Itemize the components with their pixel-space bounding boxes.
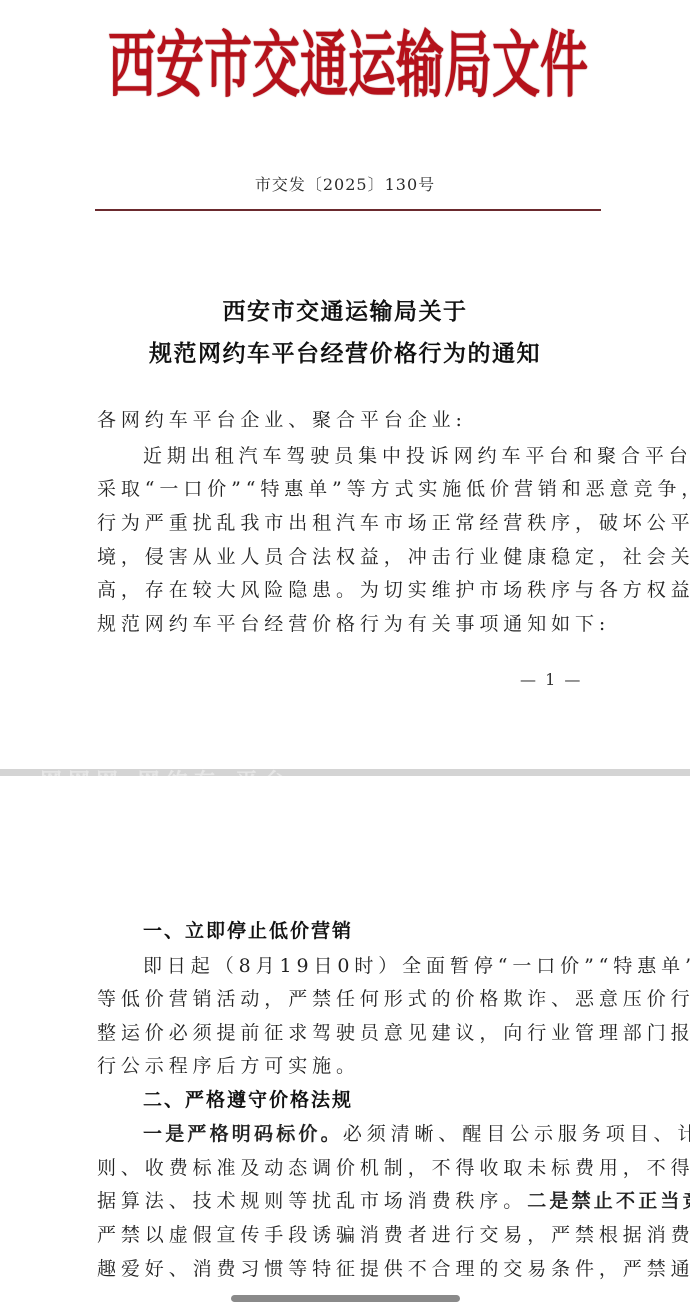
paragraph-line: 行为严重扰乱我市出租汽车市场正常经营秩序，破坏公平竞争环 — [97, 514, 690, 533]
paragraph-line: 即日起（8月19日0时）全面暂停“一口价”“特惠单” — [143, 957, 690, 976]
notice-title-line-1: 西安市交通运输局关于 — [0, 301, 690, 324]
separator-ghost-text: 网网网 网约车 平台 — [40, 769, 291, 776]
document-masthead: 西安市交通运输局文件 — [108, 30, 588, 138]
paragraph-line: 趣爱好、消费习惯等特征提供不合理的交易条件，严禁通过“大 — [97, 1260, 690, 1279]
paragraph-line: 据算法、技术规则等扰乱市场消费秩序。二是禁止不正当竞争。 — [97, 1192, 690, 1211]
paragraph-line: 采取“一口价”“特惠单”等方式实施低价营销和恶意竞争，该 — [97, 480, 690, 499]
document-page-1: 西安市交通运输局文件 市交发〔2025〕130号 西安市交通运输局关于 规范网约… — [0, 0, 690, 769]
masthead-divider — [95, 209, 601, 211]
paragraph-line: 等低价营销活动，严禁任何形式的价格欺诈、恶意压价行为；调 — [97, 990, 690, 1009]
paragraph-line: 整运价必须提前征求驾驶员意见建议，向行业管理部门报备并履 — [97, 1024, 690, 1043]
document-number: 市交发〔2025〕130号 — [0, 177, 690, 193]
paragraph-line: 境，侵害从业人员合法权益，冲击行业健康稳定，社会关注度较 — [97, 548, 690, 567]
paragraph-line: 高，存在较大风险隐患。为切实维护市场秩序与各方权益，现就 — [97, 581, 690, 600]
paragraph-line: 近期出租汽车驾驶员集中投诉网约车平台和聚合平台企业 — [143, 447, 690, 466]
page-number: — 1 — — [520, 672, 582, 688]
section-1-heading: 一、立即停止低价营销 — [143, 922, 353, 941]
bold-lead-clause-2: 二是禁止不正当竞争。 — [527, 1190, 690, 1212]
notice-title-line-2: 规范网约车平台经营价格行为的通知 — [0, 343, 690, 366]
paragraph-line: 则、收费标准及动态调价机制，不得收取未标费用，不得利用数 — [97, 1159, 690, 1178]
paragraph-line: 行公示程序后方可实施。 — [97, 1057, 360, 1076]
page-separator: 网网网 网约车 平台 — [0, 769, 690, 776]
paragraph-line: 规范网约车平台经营价格行为有关事项通知如下: — [97, 615, 610, 634]
bold-lead-clause-1: 一是严格明码标价。 — [143, 1123, 343, 1145]
home-indicator-bar[interactable] — [231, 1295, 460, 1302]
salutation: 各网约车平台企业、聚合平台企业: — [97, 411, 467, 430]
paragraph-line: 一是严格明码标价。必须清晰、醒目公示服务项目、计价规 — [143, 1125, 690, 1144]
paragraph-text: 据算法、技术规则等扰乱市场消费秩序。 — [97, 1190, 527, 1212]
paragraph-text: 必须清晰、醒目公示服务项目、计价规 — [343, 1123, 690, 1145]
section-2-heading: 二、严格遵守价格法规 — [143, 1091, 353, 1110]
document-page-2: 一、立即停止低价营销 即日起（8月19日0时）全面暂停“一口价”“特惠单” 等低… — [0, 776, 690, 1316]
paragraph-line: 严禁以虚假宣传手段诱骗消费者进行交易，严禁根据消费者的兴 — [97, 1226, 690, 1245]
